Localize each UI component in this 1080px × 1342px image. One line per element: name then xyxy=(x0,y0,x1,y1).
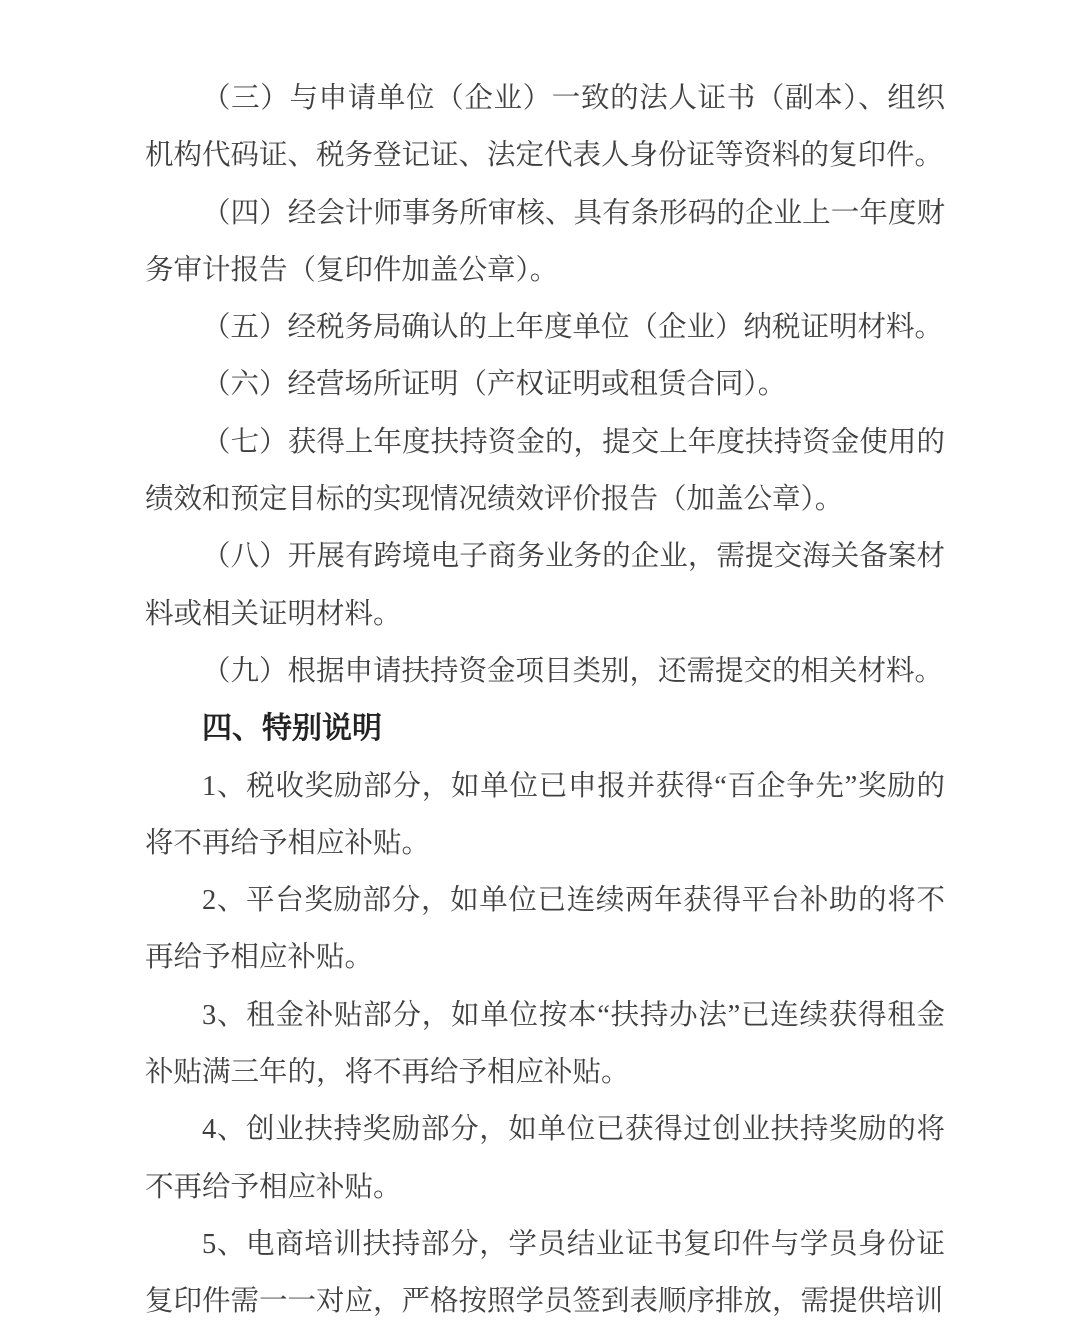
document-text-block: （三）与申请单位（企业）一致的法人证书（副本）、组织机构代码证、税务登记证、法定… xyxy=(145,70,945,1331)
paragraph-note-4: 4、创业扶持奖励部分，如单位已获得过创业扶持奖励的将不再给予相应补贴。 xyxy=(145,1101,945,1216)
paragraph-clause-3: （三）与申请单位（企业）一致的法人证书（副本）、组织机构代码证、税务登记证、法定… xyxy=(145,70,945,185)
paragraph-note-3: 3、租金补贴部分，如单位按本“扶持办法”已连续获得租金补贴满三年的，将不再给予相… xyxy=(145,987,945,1102)
paragraph-clause-7: （七）获得上年度扶持资金的，提交上年度扶持资金使用的绩效和预定目标的实现情况绩效… xyxy=(145,414,945,529)
paragraph-note-1: 1、税收奖励部分，如单位已申报并获得“百企争先”奖励的将不再给予相应补贴。 xyxy=(145,758,945,873)
paragraph-clause-9: （九）根据申请扶持资金项目类别，还需提交的相关材料。 xyxy=(145,643,945,700)
paragraph-clause-8: （八）开展有跨境电子商务业务的企业，需提交海关备案材料或相关证明材料。 xyxy=(145,528,945,643)
paragraph-clause-4: （四）经会计师事务所审核、具有条形码的企业上一年度财务审计报告（复印件加盖公章）… xyxy=(145,185,945,300)
paragraph-clause-5: （五）经税务局确认的上年度单位（企业）纳税证明材料。 xyxy=(145,299,945,356)
document-page: （三）与申请单位（企业）一致的法人证书（副本）、组织机构代码证、税务登记证、法定… xyxy=(0,0,1080,1342)
paragraph-clause-6: （六）经营场所证明（产权证明或租赁合同）。 xyxy=(145,356,945,413)
section-heading-section-4-heading: 四、特别说明 xyxy=(145,700,945,757)
paragraph-note-5: 5、电商培训扶持部分，学员结业证书复印件与学员身份证复印件需一一对应，严格按照学… xyxy=(145,1216,945,1331)
paragraph-note-2: 2、平台奖励部分，如单位已连续两年获得平台补助的将不再给予相应补贴。 xyxy=(145,872,945,987)
